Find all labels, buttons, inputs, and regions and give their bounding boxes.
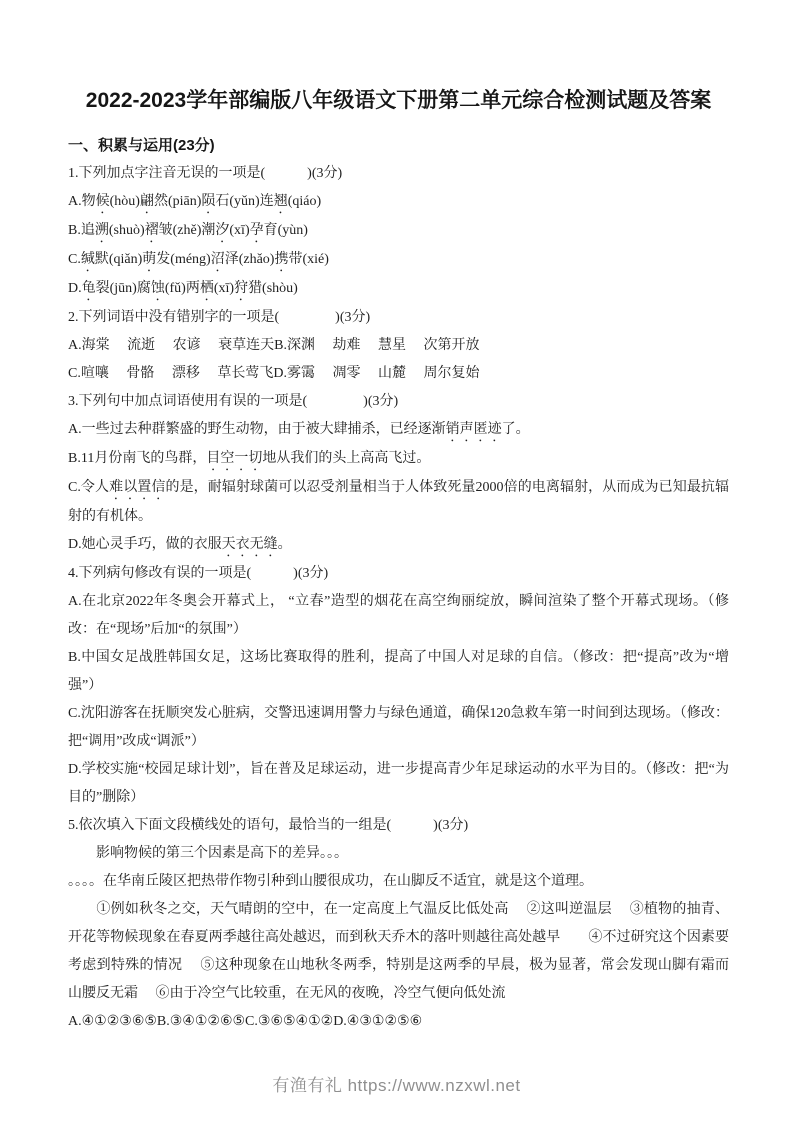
question-3-option-d: D.她心灵手巧，做的衣服天衣无缝。: [68, 531, 729, 560]
emphasis-dotted-text: 翘: [274, 194, 288, 209]
emphasis-dotted-text: 褶: [145, 223, 159, 238]
emphasis-dotted-text: 龟: [82, 281, 96, 296]
question-5-stem: 5.依次填入下面文段横线处的语句，最恰当的一组是( )(3分): [68, 812, 729, 840]
question-4-option-b: B.中国女足战胜韩国女足，这场比赛取得的胜利，提高了中国人对足球的自信。（修改：…: [68, 644, 729, 700]
question-2-stem: 2.下列词语中没有错别字的一项是( )(3分): [68, 304, 729, 332]
emphasis-dotted-text: 天衣无缝: [222, 537, 278, 552]
question-4-option-a: A.在北京2022年冬奥会开幕式上， “立春”造型的烟花在高空绚丽绽放，瞬间渲染…: [68, 588, 729, 644]
question-1-option-b: B.追溯(shuò)褶皱(zhě)潮汐(xī)孕育(yùn): [68, 217, 729, 246]
emphasis-dotted-text: 缄: [81, 252, 95, 267]
emphasis-dotted-text: 沼: [211, 252, 225, 267]
watermark-text: 有渔有礼 https://www.nzxwl.net: [272, 1076, 520, 1095]
emphasis-dotted-text: 携: [274, 252, 288, 267]
emphasis-dotted-text: 栖: [200, 281, 214, 296]
question-2-options-cd: C.喧嚷 骨骼 漂移 草长莺飞D.雾霭 凋零 山麓 周尔复始: [68, 360, 729, 388]
question-5-passage-line-1: 影响物候的第三个因素是高下的差异。。。: [68, 840, 729, 868]
question-5-passage-line-2: 。。。。在华南丘陵区把热带作物引种到山腰很成功，在山脚反不适宜，就是这个道理。: [68, 868, 729, 896]
question-3-option-b: B.11月份南飞的鸟群，目空一切地从我们的头上高高飞过。: [68, 445, 729, 474]
emphasis-dotted-text: 候: [96, 194, 110, 209]
question-3-stem: 3.下列句中加点词语使用有误的一项是( )(3分): [68, 388, 729, 416]
question-5-passage-line-3: ①例如秋冬之交，天气晴朗的空中，在一定高度上气温反比低处高 ②这叫逆温层 ③植物…: [68, 896, 729, 1008]
question-3-option-c: C.令人难以置信的是，耐辐射球菌可以忍受剂量相当于人体致死量2000倍的电离辐射…: [68, 474, 729, 531]
emphasis-dotted-text: 孕: [250, 223, 264, 238]
emphasis-dotted-text: 汐: [215, 223, 229, 238]
section-heading: 一、积累与运用(23分): [68, 132, 729, 160]
footer-watermark: 有渔有礼 https://www.nzxwl.net: [0, 1071, 793, 1096]
question-1-option-c: C.缄默(qiǎn)萌发(méng)沼泽(zhǎo)携带(xié): [68, 246, 729, 275]
page-title: 2022-2023学年部编版八年级语文下册第二单元综合检测试题及答案: [68, 86, 729, 116]
emphasis-dotted-text: 溯: [95, 223, 109, 238]
question-4-option-c: C.沈阳游客在抚顺突发心脏病，交警迅速调用警力与绿色通道，确保120急救车第一时…: [68, 700, 729, 756]
emphasis-dotted-text: 狩: [234, 281, 248, 296]
document-content: 2022-2023学年部编版八年级语文下册第二单元综合检测试题及答案 一、积累与…: [0, 0, 793, 1036]
emphasis-dotted-text: 目空一切: [206, 451, 262, 466]
question-1-option-d: D.龟裂(jūn)腐蚀(fǔ)两栖(xī)狩猎(shòu): [68, 275, 729, 304]
question-2-options-ab: A.海棠 流逝 农谚 衰草连天B.深渊 劫难 慧星 次第开放: [68, 332, 729, 360]
emphasis-dotted-text: 难以置信: [109, 480, 165, 495]
question-4-stem: 4.下列病句修改有误的一项是( )(3分): [68, 560, 729, 588]
emphasis-dotted-text: 蚀: [151, 281, 165, 296]
emphasis-dotted-text: 翩: [140, 194, 154, 209]
question-5-choices: A.④①②③⑥⑤B.③④①②⑥⑤C.③⑥⑤④①②D.④③①②⑤⑥: [68, 1008, 729, 1036]
emphasis-dotted-text: 陨: [201, 194, 215, 209]
question-1-stem: 1.下列加点字注音无误的一项是( )(3分): [68, 160, 729, 188]
document-page: 2022-2023学年部编版八年级语文下册第二单元综合检测试题及答案 一、积累与…: [0, 0, 793, 1122]
question-3-option-a: A.一些过去种群繁盛的野生动物，由于被大肆捕杀，已经逐渐销声匿迹了。: [68, 416, 729, 445]
emphasis-dotted-text: 销声匿迹: [446, 422, 502, 437]
question-1-option-a: A.物候(hòu)翩然(piān)陨石(yǔn)连翘(qiáo): [68, 188, 729, 217]
question-4-option-d: D.学校实施“校园足球计划”，旨在普及足球运动，进一步提高青少年足球运动的水平为…: [68, 756, 729, 812]
emphasis-dotted-text: 萌: [142, 252, 156, 267]
